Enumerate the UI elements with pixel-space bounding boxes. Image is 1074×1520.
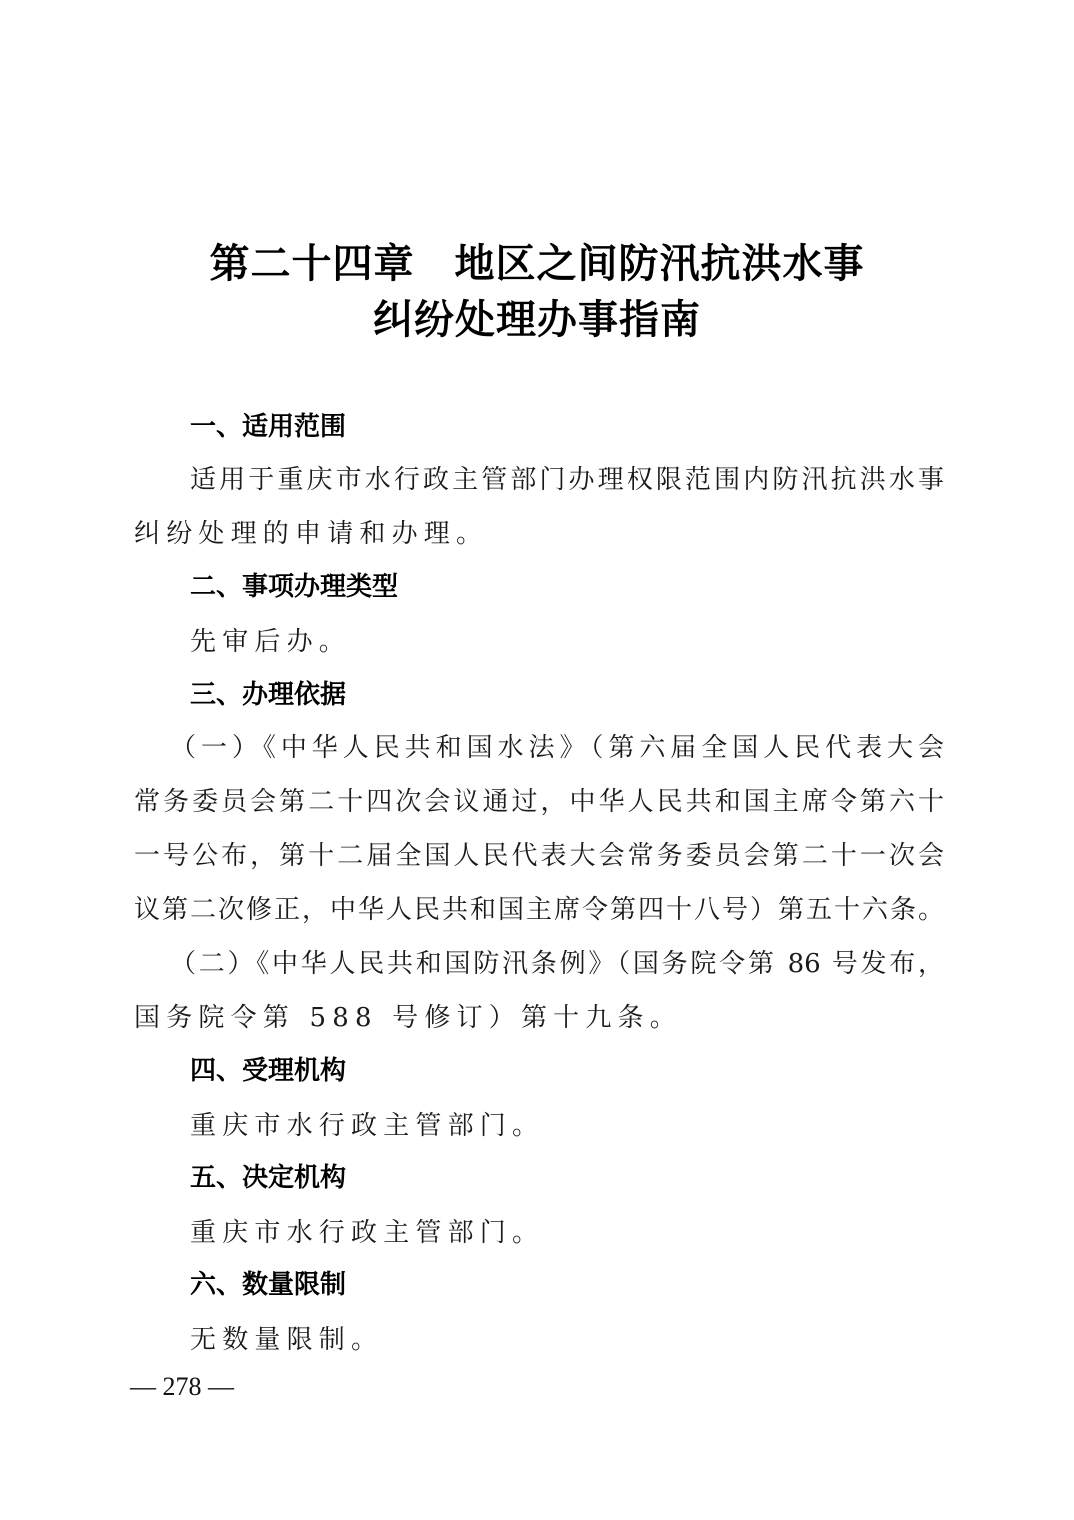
section-text-basis-line-1: （一）《中华人民共和国水法》（第六届全国人民代表大会 xyxy=(170,731,944,765)
section-text-basis-line-4: 议第二次修正，中华人民共和国主席令第四十八号）第五十六条。 xyxy=(134,893,944,927)
section-text-quantity-limit: 无数量限制。 xyxy=(190,1323,1000,1357)
section-text-accepting-body: 重庆市水行政主管部门。 xyxy=(190,1109,1000,1143)
page-title-line-2: 纠纷处理办事指南 xyxy=(0,292,1074,348)
section-heading-quantity-limit: 六、数量限制 xyxy=(190,1268,1000,1302)
section-text-scope-line-2: 纠纷处理的申请和办理。 xyxy=(134,517,944,551)
section-heading-accepting-body: 四、受理机构 xyxy=(190,1054,1000,1088)
page-title-line-1: 第二十四章地区之间防汛抗洪水事 xyxy=(0,236,1074,292)
section-text-basis-line-6: 国务院令第 588 号修订）第十九条。 xyxy=(134,1001,944,1035)
section-heading-basis: 三、办理依据 xyxy=(190,678,1000,712)
section-heading-type: 二、事项办理类型 xyxy=(190,570,1000,604)
section-text-scope-line-1: 适用于重庆市水行政主管部门办理权限范围内防汛抗洪水事 xyxy=(190,463,944,497)
section-text-basis-line-5: （二）《中华人民共和国防汛条例》（国务院令第 86 号发布， xyxy=(170,947,944,981)
chapter-number: 第二十四章 xyxy=(210,240,415,287)
section-text-basis-line-2: 常务委员会第二十四次会议通过，中华人民共和国主席令第六十 xyxy=(134,785,944,819)
section-text-deciding-body: 重庆市水行政主管部门。 xyxy=(190,1216,1000,1250)
section-heading-deciding-body: 五、决定机构 xyxy=(190,1161,1000,1195)
section-text-basis-line-3: 一号公布，第十二届全国人民代表大会常务委员会第二十一次会 xyxy=(134,839,944,873)
section-heading-scope: 一、适用范围 xyxy=(190,410,1000,444)
chapter-title-part-1: 地区之间防汛抗洪水事 xyxy=(455,240,865,287)
page-number: — 278 — xyxy=(130,1370,234,1404)
section-text-type: 先审后办。 xyxy=(190,625,1000,659)
